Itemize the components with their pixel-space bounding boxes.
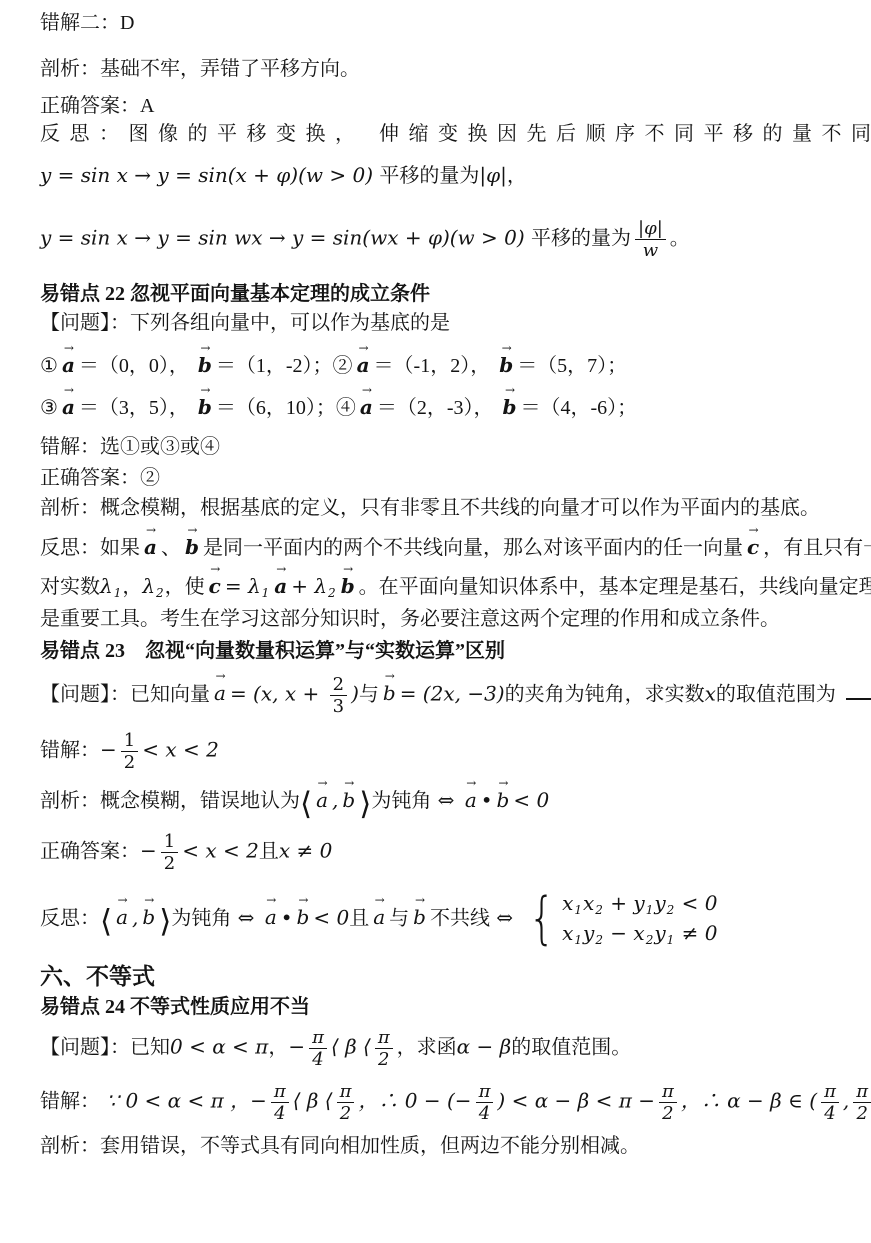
vector-letter: b [185,535,199,559]
fraction-numerator: π [375,1028,393,1049]
math-run: = λ [225,574,261,598]
fraction-numerator: π [337,1082,355,1103]
text-run: ， [122,576,142,598]
vector-letter: b [413,905,426,929]
text-run: 【问题】：已知 [40,1036,170,1058]
math-run: ∵ 0 < α < π ，− [100,1088,267,1112]
fraction-numerator: π [853,1082,871,1103]
text-run: 不共线 [430,907,490,929]
fraction: π4 [309,1028,327,1070]
vector-a: →a [272,575,289,599]
math-run: ) [351,681,359,705]
math-run: 0 < α < π [170,1034,268,1058]
math-run: ≠ 0 [675,921,717,945]
subscript: 1 [573,903,583,917]
vector-a: →a [358,396,375,420]
section-6-heading: 六、不等式 [40,963,833,990]
vector-letter: b [142,905,155,929]
text-run: 的取值范围为 [716,683,836,705]
fraction-numerator: π [476,1082,494,1103]
fraction: 23 [330,675,347,717]
brace-icon: { [529,895,556,943]
correct-answer-shift: 正确答案：A [40,95,833,119]
fraction-denominator: 4 [479,1103,490,1123]
vector-arrow-icon: → [385,670,395,682]
wrong-answer-23: 错解：−12< x < 2 [40,731,833,773]
vector-a: →a [142,536,159,560]
text-run: 平移的量为 [379,165,479,187]
vector-letter: a [465,788,477,812]
text-run: 反思： [40,907,100,929]
subscript: 2 [645,933,655,947]
text-run: 。 [670,228,690,250]
text-run: ＝（1，-2）；② [216,355,353,377]
fraction: π2 [375,1028,393,1070]
vector-arrow-icon: → [276,563,286,575]
vector-arrow-icon: → [359,342,369,354]
fraction-denominator: 4 [274,1103,285,1123]
text-run: 正确答案：② [40,467,160,489]
vector-arrow-icon: → [200,384,210,396]
text-run: 与 [389,907,409,929]
math-run: λ [142,574,155,598]
vector-letter: a [214,681,226,705]
options-1-2: ①→a＝（0，0）， →b＝（1，-2）；②→a＝（-1，2）， →b＝（5，7… [40,354,833,379]
vector-arrow-icon: → [210,563,220,575]
fraction: 12 [121,731,138,773]
text-run: 反思：如果 [40,537,140,559]
vector-letter: a [360,395,373,419]
vector-letter: b [499,353,513,377]
fraction-denominator: 2 [856,1103,867,1123]
text-run: 【问题】：已知向量 [40,683,210,705]
math-run: y [654,921,665,945]
vector-a: →a [212,682,228,706]
math-run: λ [100,574,113,598]
fraction: π2 [853,1082,871,1124]
vector-arrow-icon: → [344,777,354,789]
vector-letter: b [341,574,355,598]
vector-letter: b [198,353,212,377]
vector-b: →b [196,354,214,378]
vector-a: →a [263,906,279,930]
vector-b: →b [196,396,214,420]
problem-22: 【问题】：下列各组向量中，可以作为基底的是 [40,312,833,336]
vector-b: →b [140,906,157,930]
math-run: x [705,681,716,705]
text-run: 是重要工具。考生在学习这部分知识时，务必要注意这两个定理的作用和成立条件。 [40,608,780,630]
text-run: 反思：图像的平移变换， 伸缩变换因先后顺序不同平移的量不同， [40,123,871,145]
formula-shift-1: y = sin x → y = sin(x + φ)(w > 0) 平移的量为|… [40,164,833,189]
answer-blank [846,685,871,700]
document-body: 错解二：D剖析：基础不牢，弄错了平移方向。正确答案：A反思：图像的平移变换， 伸… [40,12,833,1159]
math-run: y = sin x → y = sin(x + φ)(w > 0) [40,163,379,187]
fraction-denominator: 2 [378,1049,389,1069]
math-run: < x < 2 [182,838,259,862]
text-run: ＝（3，5）， [79,397,194,419]
math-run: < 0 [675,891,717,915]
fraction-denominator: 4 [824,1103,835,1123]
fraction-numerator: |φ| [635,219,666,240]
vector-a: →a [314,789,330,813]
cases-row: x1x2 + y1y2 < 0 [562,892,717,917]
vector-arrow-icon: → [118,894,128,906]
vector-arrow-icon: → [187,524,197,536]
vector-b: →b [381,682,398,706]
fraction: |φ|w [635,219,666,261]
math-run: α − β [457,1034,512,1058]
subscript: 1 [113,586,123,600]
vector-letter: c [747,535,759,559]
text-run: 的取值范围。 [511,1036,631,1058]
math-run: + λ [291,574,327,598]
vector-letter: a [62,395,75,419]
vector-letter: a [62,353,75,377]
vector-arrow-icon: → [749,524,759,536]
text-run: ＝（5，7）； [517,355,627,377]
problem-24: 【问题】：已知0 < α < π，−π4⟨ β ⟨π2，求函α − β的取值范围… [40,1028,833,1070]
heading-mistake-23: 易错点 23 忽视“向量数量积运算”与“实数运算”区别 [40,640,833,664]
reflection-22b: 对实数λ1，λ2，使→c= λ1→a+ λ2→b。在平面向量知识体系中，基本定理… [40,575,833,600]
vector-arrow-icon: → [200,342,210,354]
text-run: 六、不等式 [40,964,155,989]
fraction-numerator: 2 [330,675,347,696]
fraction-denominator: 2 [124,752,135,772]
math-run: ) < α − β < π − [497,1088,655,1112]
vector-arrow-icon: → [415,894,425,906]
vector-b: →b [495,789,512,813]
vector-b: →b [183,536,201,560]
math-run: − [288,1034,305,1058]
text-run: ，使 [165,576,205,598]
subscript: 1 [666,933,676,947]
vector-a: →a [463,789,479,813]
vector-b: →b [340,789,357,813]
vector-letter: a [274,574,287,598]
fraction-numerator: 1 [121,731,138,752]
correct-answer-23: 正确答案：−12< x < 2且x ≠ 0 [40,832,833,874]
subscript: 1 [645,903,655,917]
text-run: 平移的量为 [531,228,631,250]
text-run: 的夹角为钝角，求实数 [505,683,705,705]
text-run: 错解：选①或③或④ [40,436,220,458]
vector-letter: b [497,788,510,812]
text-run: 且 [349,907,369,929]
math-run: = (x, x + [230,681,326,705]
math-run: , [332,788,338,812]
vector-arrow-icon: → [362,384,372,396]
vector-a: →a [371,906,387,930]
angle-bracket-delimiter: ⟨ [300,786,312,822]
text-run: ① [40,355,58,377]
text-run: 为钝角 [171,907,231,929]
subscript: 2 [327,586,337,600]
angle-bracket-delimiter: ⟩ [359,786,371,822]
text-run: ＝（4，-6）； [521,397,638,419]
text-run: 、 [161,537,181,559]
vector-arrow-icon: → [466,777,476,789]
vector-arrow-icon: → [64,342,74,354]
vector-arrow-icon: → [375,894,385,906]
vector-letter: b [342,788,355,812]
vector-letter: a [116,905,128,929]
subscript: 2 [594,903,604,917]
math-run: , [843,1088,849,1112]
vector-b: →b [497,354,515,378]
fraction: π4 [821,1082,839,1124]
text-run: 剖析：基础不牢，弄错了平移方向。 [40,58,360,80]
vector-arrow-icon: → [144,894,154,906]
math-run: • [281,905,293,929]
math-run: , [132,905,138,929]
math-run: ，∴ 0 − (− [358,1088,471,1112]
fraction-denominator: 4 [312,1049,323,1069]
text-run: 错解二：D [40,12,134,34]
fraction: 12 [161,832,178,874]
reflection-22c: 是重要工具。考生在学习这部分知识时，务必要注意这两个定理的作用和成立条件。 [40,608,833,632]
text-run: ＝（2，-3）， [377,397,499,419]
vector-arrow-icon: → [266,894,276,906]
cases-row: x1y2 − x2y1 ≠ 0 [562,922,717,947]
vector-a: →a [114,906,130,930]
vector-b: →b [411,906,428,930]
math-run: < 0 [513,788,549,812]
text-run: 剖析：概念模糊，错误地认为 [40,790,300,812]
text-run: 正确答案：A [40,95,154,117]
math-run: < 0 [313,905,349,929]
vector-c: →c [207,575,223,599]
fraction: π4 [271,1082,289,1124]
text-run: 为钝角 [371,790,431,812]
vector-letter: a [373,905,385,929]
math-run: = (2x, −3) [400,681,505,705]
text-run: ＝（0，0）， [79,355,194,377]
formula-shift-2: y = sin x → y = sin wx → y = sin(wx + φ)… [40,219,833,261]
vector-letter: a [357,353,370,377]
cases-rows: x1x2 + y1y2 < 0x1y2 − x2y1 ≠ 0 [562,892,717,947]
fraction-numerator: π [821,1082,839,1103]
text-run: ，有且只有一 [763,537,871,559]
text-run: 对实数 [40,576,100,598]
reflection-23: 反思：⟨→a,→b⟩为钝角 ⇔ →a•→b< 0且→a与→b不共线 ⇔ {x1x… [40,892,833,947]
fraction-denominator: 3 [333,696,344,716]
wrong-answer-22: 错解：选①或③或④ [40,436,833,460]
fraction-denominator: 2 [340,1103,351,1123]
text-run: 易错点 22 忽视平面向量基本定理的成立条件 [40,283,430,305]
fraction-denominator: 2 [164,853,175,873]
vector-letter: a [316,788,328,812]
math-run: ⟨ β ⟨ [331,1034,371,1058]
math-run: − [140,838,157,862]
math-run: x [562,921,573,945]
math-run: ⇔ [431,788,460,812]
vector-a: →a [355,354,372,378]
vector-arrow-icon: → [64,384,74,396]
fraction-numerator: 1 [161,832,178,853]
vector-arrow-icon: → [502,342,512,354]
vector-b: →b [339,575,357,599]
text-run: 与 [359,683,379,705]
text-run: ＝（6，10）；④ [216,397,356,419]
text-run: ， [507,165,527,187]
text-run: ， [268,1036,288,1058]
heading-mistake-22: 易错点 22 忽视平面向量基本定理的成立条件 [40,283,833,307]
math-run: x ≠ 0 [279,838,332,862]
math-run: |φ| [479,163,506,187]
fraction-numerator: π [309,1028,327,1049]
subscript: 2 [594,933,604,947]
vector-arrow-icon: → [298,894,308,906]
vector-letter: a [265,905,277,929]
vector-arrow-icon: → [215,670,225,682]
text-run: 剖析：套用错误，不等式具有同向相加性质，但两边不能分别相减。 [40,1135,640,1157]
options-3-4: ③→a＝（3，5）， →b＝（6，10）；④→a＝（2，-3）， →b＝（4，-… [40,396,833,421]
problem-23: 【问题】：已知向量→a= (x, x + 23)与→b= (2x, −3)的夹角… [40,675,833,717]
math-run: x [583,891,594,915]
document-page: 错解二：D剖析：基础不牢，弄错了平移方向。正确答案：A反思：图像的平移变换， 伸… [0,0,871,1243]
math-run: − [100,737,117,761]
math-run: + y [604,891,645,915]
wrong-answer-2: 错解二：D [40,12,833,36]
vector-arrow-icon: → [318,777,328,789]
fraction: π4 [476,1082,494,1124]
angle-bracket-delimiter: ⟩ [159,903,171,939]
vector-letter: b [297,905,310,929]
subscript: 2 [666,903,676,917]
analysis-22: 剖析：概念模糊，根据基底的定义，只有非零且不共线的向量才可以作为平面内的基底。 [40,497,833,521]
text-run: 正确答案： [40,840,140,862]
reflection-22a: 反思：如果→a、→b是同一平面内的两个不共线向量，那么对该平面内的任一向量→c，… [40,536,833,561]
cases-system: {x1x2 + y1y2 < 0x1y2 − x2y1 ≠ 0 [524,892,717,947]
fraction-numerator: π [271,1082,289,1103]
text-run: 。在平面向量知识体系中，基本定理是基石，共线向量定理 [359,576,871,598]
subscript: 2 [155,586,165,600]
vector-a: →a [60,354,77,378]
analysis-24: 剖析：套用错误，不等式具有同向相加性质，但两边不能分别相减。 [40,1135,833,1159]
subscript: 1 [261,586,271,600]
math-run: < x < 2 [142,737,219,761]
correct-answer-22: 正确答案：② [40,467,833,491]
math-run: • [481,788,493,812]
text-run: 【问题】：下列各组向量中，可以作为基底的是 [40,312,450,334]
vector-arrow-icon: → [343,563,353,575]
text-run: 错解： [40,739,100,761]
math-run: ⇔ [231,905,260,929]
fraction: π2 [659,1082,677,1124]
wrong-answer-24: 错解： ∵ 0 < α < π ，−π4⟨ β ⟨π2，∴ 0 − (−π4) … [40,1082,833,1124]
math-run: y = sin x → y = sin wx → y = sin(wx + φ)… [40,226,531,250]
math-run: ⇔ [490,905,519,929]
vector-a: →a [60,396,77,420]
vector-arrow-icon: → [498,777,508,789]
math-run: − x [604,921,645,945]
vector-letter: b [503,395,517,419]
vector-letter: a [144,535,157,559]
text-run: ＝（-1，2）， [374,355,496,377]
text-run: 是同一平面内的两个不共线向量，那么对该平面内的任一向量 [203,537,743,559]
text-run: 且 [259,840,279,862]
fraction-denominator: w [643,240,658,260]
vector-arrow-icon: → [505,384,515,396]
vector-c: →c [745,536,761,560]
subscript: 1 [573,933,583,947]
text-run: 剖析：概念模糊，根据基底的定义，只有非零且不共线的向量才可以作为平面内的基底。 [40,497,820,519]
math-run: ，∴ α − β ∈ ( [681,1088,817,1112]
reflection-shift: 反思：图像的平移变换， 伸缩变换因先后顺序不同平移的量不同， [40,123,833,147]
fraction: π2 [337,1082,355,1124]
text-run: 易错点 24 不等式性质应用不当 [40,996,310,1018]
analysis-shift: 剖析：基础不牢，弄错了平移方向。 [40,58,833,82]
heading-mistake-24: 易错点 24 不等式性质应用不当 [40,996,833,1020]
text-run: ③ [40,397,58,419]
vector-b: →b [501,396,519,420]
vector-b: →b [295,906,312,930]
analysis-23: 剖析：概念模糊，错误地认为⟨→a,→b⟩为钝角 ⇔ →a•→b< 0 [40,789,833,820]
text-run: ，求函 [397,1036,457,1058]
text-run: 易错点 23 忽视“向量数量积运算”与“实数运算”区别 [40,640,505,662]
math-run: x [562,891,573,915]
vector-letter: c [209,574,221,598]
text-run: 错解： [40,1090,100,1112]
vector-letter: b [198,395,212,419]
vector-arrow-icon: → [146,524,156,536]
fraction-numerator: π [659,1082,677,1103]
math-run: ⟨ β ⟨ [293,1088,333,1112]
angle-bracket-delimiter: ⟨ [100,903,112,939]
math-run: y [654,891,665,915]
vector-letter: b [383,681,396,705]
fraction-denominator: 2 [662,1103,673,1123]
math-run: y [583,921,594,945]
